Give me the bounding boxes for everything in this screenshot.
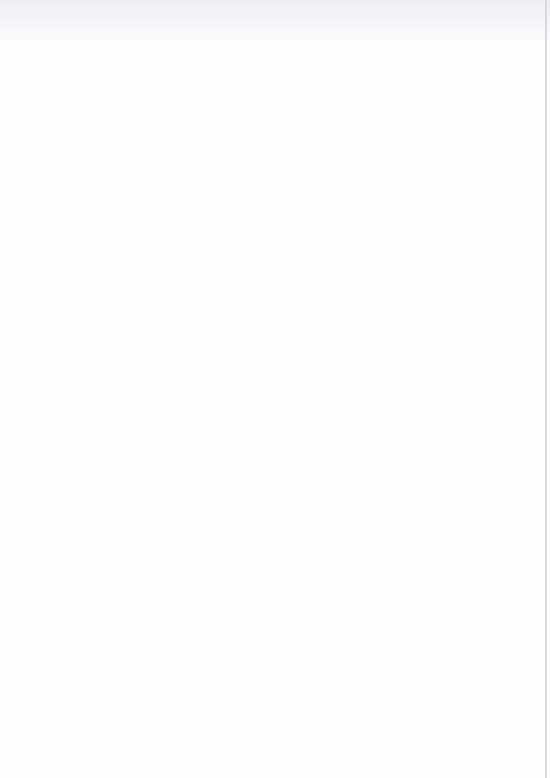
scan-shadow [0,0,550,40]
page-edge [545,0,547,778]
document-page [0,0,550,778]
